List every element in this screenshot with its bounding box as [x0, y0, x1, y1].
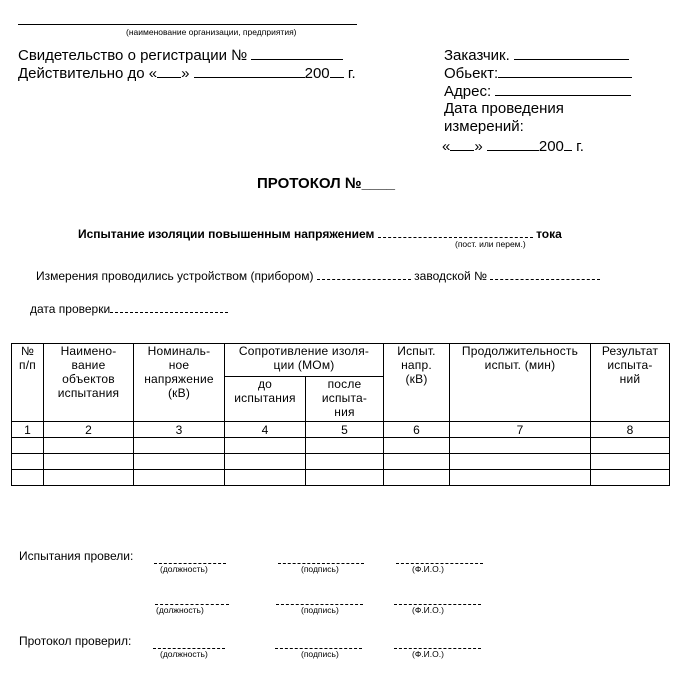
customer-field[interactable] [514, 46, 629, 60]
serial-label: заводской № [414, 269, 487, 283]
page-title: ПРОТОКОЛ №____ [257, 175, 395, 193]
signature-caption: (подпись) [301, 605, 339, 615]
position-caption: (должность) [160, 649, 208, 659]
table-cell[interactable] [225, 454, 306, 470]
date-quote-close: » [474, 138, 482, 155]
table-cell[interactable] [591, 470, 670, 486]
object-field[interactable] [498, 64, 632, 78]
table-cell[interactable] [44, 454, 134, 470]
table-cell[interactable] [306, 454, 384, 470]
table-row [12, 438, 670, 454]
table-cell[interactable] [591, 454, 670, 470]
valid-until-line: Действительно до «» 200 г. [18, 64, 356, 83]
header-test-result: Результатиспыта-ний [591, 344, 670, 422]
serial-number-field[interactable] [490, 267, 600, 280]
table-cell[interactable] [44, 470, 134, 486]
address-label: Адрес: [444, 83, 491, 100]
date-year-prefix: 200 [539, 138, 564, 155]
device-field[interactable] [317, 267, 411, 280]
header-before-test: доиспытания [225, 377, 306, 422]
current-type-caption: (пост. или перем.) [455, 239, 526, 249]
header-insulation-resistance: Сопротивление изоля-ции (МОм) [225, 344, 384, 377]
check-date-field[interactable] [110, 300, 228, 313]
table-cell[interactable] [450, 470, 591, 486]
valid-until-label: Действительно до « [18, 65, 157, 82]
name-caption: (Ф.И.О.) [412, 605, 444, 615]
table-cell[interactable] [134, 438, 225, 454]
column-number: 5 [306, 422, 384, 438]
signature-caption: (подпись) [301, 649, 339, 659]
valid-until-quote-close: » [181, 65, 189, 82]
current-type-field[interactable] [378, 225, 533, 238]
valid-until-month-field[interactable] [194, 64, 305, 78]
test-description-label: Испытание изоляции повышенным напряжение… [78, 227, 374, 241]
address-line: Адрес: [444, 82, 631, 101]
table-cell[interactable] [44, 438, 134, 454]
table-cell[interactable] [225, 470, 306, 486]
table-cell[interactable] [384, 470, 450, 486]
header-test-voltage: Испыт.напр.(кВ) [384, 344, 450, 422]
table-cell[interactable] [306, 438, 384, 454]
header-object-name: Наимено-ваниеобъектовиспытания [44, 344, 134, 422]
customer-label: Заказчик. [444, 47, 510, 64]
column-number: 7 [450, 422, 591, 438]
header-test-duration: Продолжительностьиспыт. (мин) [450, 344, 591, 422]
column-number: 8 [591, 422, 670, 438]
check-date-line: дата проверки [30, 300, 228, 316]
position-caption: (должность) [156, 605, 204, 615]
table-row [12, 470, 670, 486]
column-number: 2 [44, 422, 134, 438]
device-line: Измерения проводились устройством (прибо… [36, 267, 600, 283]
date-label-line2: измерений: [444, 118, 524, 136]
column-number: 4 [225, 422, 306, 438]
protocol-table: №п/п Наимено-ваниеобъектовиспытания Номи… [11, 343, 670, 486]
header-nominal-voltage: Номиналь-ноенапряжение(кВ) [134, 344, 225, 422]
valid-until-year-field[interactable] [330, 64, 344, 78]
table-cell[interactable] [12, 470, 44, 486]
column-number: 6 [384, 422, 450, 438]
customer-line: Заказчик. [444, 46, 629, 65]
device-label: Измерения проводились устройством (прибо… [36, 269, 313, 283]
valid-until-day-field[interactable] [157, 64, 181, 78]
date-label-line1: Дата проведения [444, 100, 564, 118]
name-caption: (Ф.И.О.) [412, 649, 444, 659]
protocol-number-field[interactable]: ____ [362, 175, 395, 192]
performed-by-label: Испытания провели: [19, 549, 133, 563]
test-description-suffix: тока [536, 227, 562, 241]
organization-caption: (наименование организации, предприятия) [126, 27, 297, 37]
column-number-row: 1 2 3 4 5 6 7 8 [12, 422, 670, 438]
header-after-test: послеиспыта-ния [306, 377, 384, 422]
position-caption: (должность) [160, 564, 208, 574]
signature-caption: (подпись) [301, 564, 339, 574]
table-cell[interactable] [384, 454, 450, 470]
certificate-number-field[interactable] [251, 46, 343, 60]
object-label: Обьект: [444, 65, 498, 82]
address-field[interactable] [495, 82, 631, 96]
table-cell[interactable] [134, 470, 225, 486]
header-num: №п/п [12, 344, 44, 422]
name-caption: (Ф.И.О.) [412, 564, 444, 574]
column-number: 1 [12, 422, 44, 438]
table-header-row: №п/п Наимено-ваниеобъектовиспытания Номи… [12, 344, 670, 377]
table-row [12, 454, 670, 470]
table-cell[interactable] [225, 438, 306, 454]
column-number: 3 [134, 422, 225, 438]
check-date-label: дата проверки [30, 302, 110, 316]
measurement-year-field[interactable] [564, 137, 572, 151]
certificate-label: Свидетельство о регистрации № [18, 47, 247, 64]
measurement-date-line: «» 200 г. [442, 137, 584, 156]
table-cell[interactable] [12, 454, 44, 470]
protocol-title: ПРОТОКОЛ № [257, 175, 362, 192]
table-cell[interactable] [450, 454, 591, 470]
measurement-day-field[interactable] [450, 137, 474, 151]
measurement-month-field[interactable] [487, 137, 539, 151]
checked-by-label: Протокол проверил: [19, 634, 131, 648]
table-cell[interactable] [384, 438, 450, 454]
table-cell[interactable] [591, 438, 670, 454]
valid-until-suffix: г. [348, 65, 356, 82]
table-cell[interactable] [306, 470, 384, 486]
certificate-line: Свидетельство о регистрации № [18, 46, 343, 65]
object-line: Обьект: [444, 64, 632, 83]
date-suffix: г. [576, 138, 584, 155]
table-cell[interactable] [450, 438, 591, 454]
valid-until-year-prefix: 200 [305, 65, 330, 82]
date-quote-open: « [442, 138, 450, 155]
table-cell[interactable] [134, 454, 225, 470]
organization-name-line[interactable] [18, 24, 357, 25]
table-cell[interactable] [12, 438, 44, 454]
